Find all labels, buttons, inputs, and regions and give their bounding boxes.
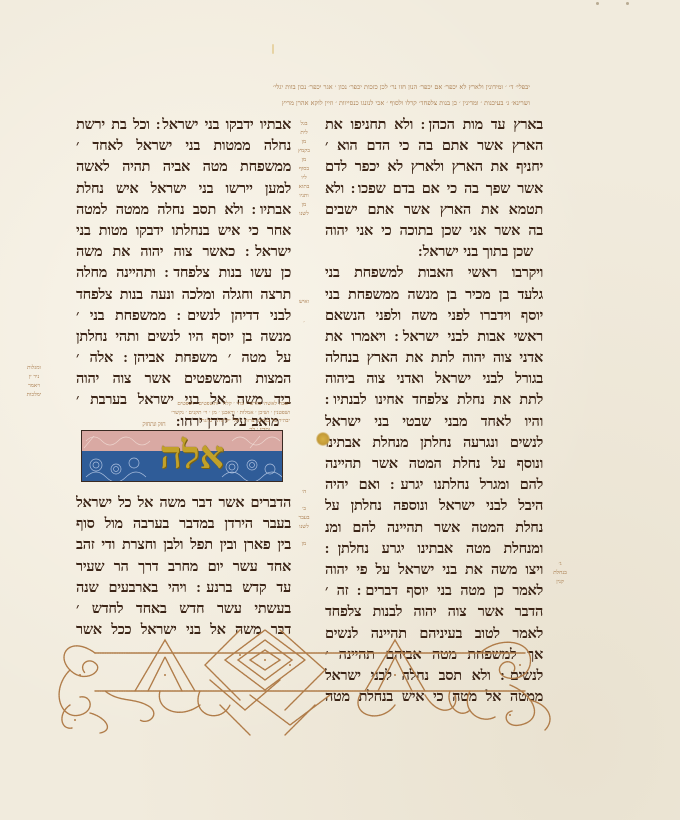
marginal-note: בגל xyxy=(290,120,318,129)
marginal-note: בסוף xyxy=(290,165,318,174)
marginal-note: מן xyxy=(290,156,318,165)
marginal-note: ניר ין xyxy=(14,373,54,382)
marginal-note: בעבר xyxy=(290,514,318,523)
text-line: כן עשו בנות צלפחד ׃ ותהיינה מחלה xyxy=(76,262,291,283)
illuminated-initial-panel: אלה xyxy=(81,430,283,482)
text-line: אחר כי איש בנחלתו ידבקו מטות בני xyxy=(76,220,291,241)
text-line: נחלת המטה אשר תהיינה להם ומנ xyxy=(325,517,543,538)
masorah-magna-line-1: יבפלי׳ ד׳ ׳ ומידונין ולארץ לא יכפר׳ אם י… xyxy=(60,80,530,94)
marginal-note: ימלכות xyxy=(14,391,54,400)
svg-text:ודי זהב ׳ זהב ׳ ולבן ׳ ואת ׳ א: ודי זהב ׳ זהב ׳ ולבן ׳ ואת ׳ אפס ׳ ודי ׳… xyxy=(40,625,42,627)
text-line: נחלה ממטות בני ישראל לאחד ׳ xyxy=(76,135,291,156)
text-line: תטמא את הארץ אשר אתם ישבים xyxy=(325,199,543,220)
text-line: מנשה בן יוסף היו לנשים ותהי נחלתן xyxy=(76,326,291,347)
text-line: אשר שפך בה כי אם בדם שפכו ׃ ולא xyxy=(325,178,543,199)
text-line: בעשתי עשר חדש באחד לחדש ׳ xyxy=(76,598,291,619)
marginal-note: ליו xyxy=(290,174,318,183)
masorah-line: ישבה לאשה׳ בוורפי ׳ בתי ׳ קלה ׳ ותשפטים … xyxy=(95,400,290,409)
left-text-column-bottom: הדברים אשר דבר משה אל כל ישראל בעבר הירד… xyxy=(76,492,291,640)
marginal-note: מן xyxy=(290,540,318,549)
svg-text:ולבן ׳ קלון ׳ ולבן ׳ על ׳ ומיג: ולבן ׳ קלון ׳ ולבן ׳ על ׳ ומיגוני ׳ בגבע… xyxy=(40,625,42,627)
marginal-note: ותניו xyxy=(290,192,318,201)
text-line: לנשים ונגרעה נחלתן מנחלת אבתינו xyxy=(325,432,543,453)
marginal-note: לשנו xyxy=(290,210,318,219)
text-line: שכן בתוך בני ישראל ׃ xyxy=(325,241,543,262)
marginal-note: ה׳ xyxy=(290,488,318,497)
marginal-note: בקמץ xyxy=(290,147,318,156)
text-line: ומנחלת מטה אבתינו יגרע נחלתן ׃ xyxy=(325,538,543,559)
text-line: בעבר הירדן במדבר בערבה מול סוף xyxy=(76,513,291,534)
marginal-note: מן xyxy=(290,201,318,210)
masorah-parva-outer-right: ג׳ בנחלת קנין xyxy=(545,560,575,587)
marginal-note: קנין xyxy=(545,578,575,587)
text-line: אבתיו ׃ ולא תסב נחלה ממטה למטה xyxy=(76,199,291,220)
text-line: יוסף וידברו לפני משה ולפני הנשאם xyxy=(325,305,543,326)
text-line: גלעד בן מכיר בן מנשה ממשפחת בני xyxy=(325,284,543,305)
text-line: לבני דדיהן לנשים ׃ ממשפחת בני ׳ xyxy=(76,305,291,326)
masorah-line: ושפטנין ׳ ושיכן ׳ אמלות ׳ וראכנן ׳ מן ׳ … xyxy=(95,409,290,418)
marginal-note: ׳ xyxy=(290,319,318,328)
marginal-note: מן xyxy=(290,138,318,147)
text-line: המצות והמשפטים אשר צוה יהוה xyxy=(76,368,291,389)
left-text-column-top: אבתיו ידבקו בני ישראל ׃ וכל בת ירשת נחלה… xyxy=(76,114,291,432)
text-line: ממשפחת מטה אביה תהיה לאשה xyxy=(76,156,291,177)
initial-word-eleh: אלה xyxy=(137,430,247,482)
text-line: אחד עשר יום מחרב דרך הר שעיר xyxy=(76,556,291,577)
marginal-note: ומגלות xyxy=(14,364,54,373)
text-line: בה אשר אני שכן בתוכה כי אני יהוה xyxy=(325,220,543,241)
right-text-column: בארץ עד מות הכהן ׃ ולא תחניפו את הארץ אש… xyxy=(325,114,543,707)
svg-text:ודי זהב ׳ בעלון ׳ ולבני ׳ ודית: ודי זהב ׳ בעלון ׳ ולבני ׳ ודיתם ׳ ומשריה… xyxy=(40,625,42,627)
text-line: לאמר כן מטה בני יוסף דברים ׃ זה ׳ xyxy=(325,580,543,601)
marginal-note: לשנו xyxy=(290,523,318,532)
text-line: אבתיו ידבקו בני ישראל ׃ וכל בת ירשת xyxy=(76,114,291,135)
text-line: בגורל לבני ישראל ואדני צוה ביהוה xyxy=(325,368,543,389)
fleck xyxy=(596,2,599,5)
fleck xyxy=(272,44,274,54)
text-line: הדברים אשר דבר משה אל כל ישראל xyxy=(76,492,291,513)
micrography-text: ודי זהב ׳ זהב ׳ ולבן ׳ ואת ׳ אפס ׳ ודי ׳… xyxy=(40,625,42,627)
text-line: היבל לבני ישראל ונוספה נחלתן על xyxy=(325,495,543,516)
masorah-above-panel: ישבה לאשה׳ בוורפי ׳ בתי ׳ קלה ׳ ותשפטים … xyxy=(95,400,290,434)
text-line: הארץ אשר אתם בה כי הדם הוא ׳ xyxy=(325,135,543,156)
marginal-note: בנחלת xyxy=(545,569,575,578)
masorah-magna-line-2: ושרינא׳ ג׳ בעיכנות ׳ ומדינין ׳ כן בנות צ… xyxy=(60,96,530,110)
text-line: והיו לאחד מבני שבטי בני ישראל xyxy=(325,411,543,432)
marginal-note: לית xyxy=(290,129,318,138)
text-line: על מטה ׳ משפחת אביהן ׃ אלה ׳ xyxy=(76,347,291,368)
micrography-text: ודי זהב ׳ בעלון ׳ ולבני ׳ ודיתם ׳ ומשריה… xyxy=(40,625,42,627)
marginal-note: ויאמר xyxy=(14,382,54,391)
micrography-knotwork-border: ודי זהב ׳ זהב ׳ ולבן ׳ ואת ׳ אפס ׳ ודי ׳… xyxy=(40,625,560,740)
text-line: לתת את נחלת צלפחד אחינו לבנתיו ׃ xyxy=(325,389,543,410)
masorah-parva-outer-left: ומגלות ניר ין ויאמר ימלכות xyxy=(14,364,54,400)
text-line: בארץ עד מות הכהן ׃ ולא תחניפו את xyxy=(325,114,543,135)
text-line: ויקרבו ראשי האבות למשפחת בני xyxy=(325,262,543,283)
text-line: למען יירשו בני ישראל איש נחלת xyxy=(76,178,291,199)
text-line: יחניף את הארץ ולארץ לא יכפר לדם xyxy=(325,156,543,177)
text-line: ישראל ׃ כאשר צוה יהוה את משה xyxy=(76,241,291,262)
marginal-note: ואיש xyxy=(290,298,318,307)
masorah-parva-inner-top: בגל לית מן בקמץ מן בסוף ליו בתוא ותניו מ… xyxy=(290,120,318,219)
masorah-parva-inner-middle: ואיש ׳ xyxy=(290,298,318,328)
manuscript-page: יבפלי׳ ד׳ ׳ ומידונין ולארץ לא יכפר׳ אם י… xyxy=(0,0,680,820)
text-line: ויצו משה את בני ישראל על פי יהוה xyxy=(325,559,543,580)
micrography-text: ולבן ׳ קלון ׳ ולבן ׳ על ׳ ומיגוני ׳ בגבע… xyxy=(40,625,42,627)
text-line: להם ומגרל נחלתנו יגרע ׃ ואם יהיה xyxy=(325,474,543,495)
marginal-note: ב׳ xyxy=(290,505,318,514)
marginal-note: בתוא xyxy=(290,183,318,192)
fleck xyxy=(626,2,629,5)
text-line: עד קדש ברנע ׃ ויהי בארבעים שנה xyxy=(76,577,291,598)
masorah-line: יבהיר בד בגדים יצרות ׳ תל׳ יקרנות ׳ בהגר… xyxy=(95,417,290,426)
masorah-parva-inner-bottom: ה׳ ב׳ בעבר לשנו מן xyxy=(290,488,318,549)
text-line: הדבר אשר צוה יהוה לבנות צלפחד xyxy=(325,601,543,622)
text-line: בין פארן ובין תפל ולבן וחצרת ודי זהב xyxy=(76,534,291,555)
text-line: ראשי אבות לבני ישראל ׃ ויאמרו את xyxy=(325,326,543,347)
gold-ornament-icon xyxy=(316,432,330,446)
text-line: ונוסף על נחלת המטה אשר תהיינה xyxy=(325,453,543,474)
text-line: אדני צוה יהוה לתת את הארץ בנחלה xyxy=(325,347,543,368)
text-line: תרצה וחגלה ומלכה ונעה בנות צלפחד xyxy=(76,284,291,305)
marginal-note: ג׳ xyxy=(545,560,575,569)
